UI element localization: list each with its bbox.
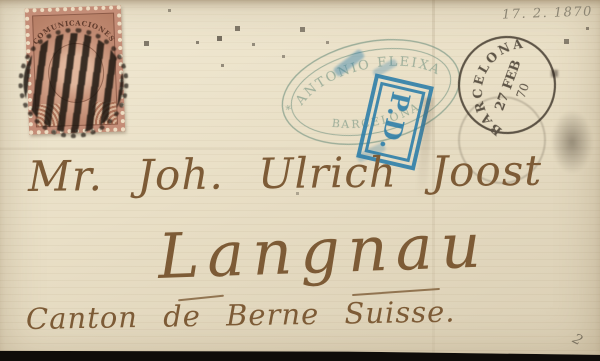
address-line-recipient: Mr. Joh. Ulrich Joost bbox=[28, 146, 543, 201]
address-line-town: Langnau bbox=[157, 208, 490, 292]
cover-photo: COMUNICACIONES 17. 2. 1870 ANTONIO FLEIX… bbox=[0, 0, 600, 361]
pd-mark-label: P.D. bbox=[374, 89, 416, 155]
ink-smudge bbox=[543, 98, 600, 186]
pencil-date-note: 17. 2. 1870 bbox=[502, 4, 593, 22]
letter-paper: COMUNICACIONES 17. 2. 1870 ANTONIO FLEIX… bbox=[0, 0, 600, 361]
postage-stamp: COMUNICACIONES bbox=[25, 5, 125, 134]
pencil-number-note: 2 bbox=[570, 331, 585, 349]
ink-specks bbox=[0, 0, 3, 3]
grid-cancel-mark bbox=[19, 28, 129, 138]
address-line-region: Canton de Berne Suisse. bbox=[26, 295, 456, 336]
